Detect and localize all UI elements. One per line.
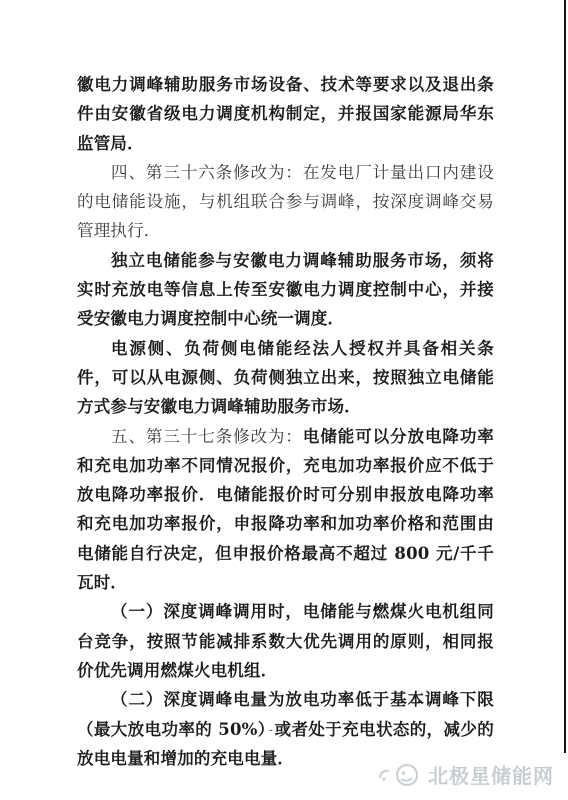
document-body: 徽电力调峰辅助服务市场设备、技术等要求以及退出条件由安徽省级电力调度机构制定，并…: [77, 70, 494, 773]
paragraph: （一）深度调峰调用时，电储能与燃煤火电机组同台竞争，按照节能减排系数大优先调用的…: [77, 597, 494, 685]
paragraph-run: 电储能可以分放电降功率和充电加功率不同情况报价，充电加功率报价应不低于放电降功率…: [77, 427, 494, 592]
paragraph-run: （一）深度调峰调用时，电储能与燃煤火电机组同台竞争，按照节能减排系数大优先调用的…: [77, 602, 494, 680]
document-page: 徽电力调峰辅助服务市场设备、技术等要求以及退出条件由安徽省级电力调度机构制定，并…: [0, 0, 568, 800]
paragraph: 四、第三十六条修改为：在发电厂计量出口内建设的电储能设施，与机组联合参与调峰，按…: [77, 158, 494, 246]
paragraph: 五、第三十七条修改为：电储能可以分放电降功率和充电加功率不同情况报价，充电加功率…: [77, 422, 494, 598]
paragraph: 徽电力调峰辅助服务市场设备、技术等要求以及退出条件由安徽省级电力调度机构制定，并…: [77, 70, 494, 158]
paragraph-run: 徽电力调峰辅助服务市场设备、技术等要求以及退出条件由安徽省级电力调度机构制定，并…: [77, 75, 494, 153]
page-number: - 2 -: [77, 723, 494, 737]
paragraph-run: 五、第三十七条修改为：: [111, 427, 303, 446]
watermark: 北极星储能网: [377, 760, 554, 789]
paragraph-run: 四、第三十六条修改为：在发电厂计量出口内建设的电储能设施，与机组联合参与调峰，按…: [77, 163, 494, 241]
paragraph-run: 电源侧、负荷侧电储能经法人授权并具备相关条件，可以从电源侧、负荷侧独立出来，按照…: [77, 339, 494, 417]
watermark-text: 北极星储能网: [428, 760, 554, 789]
paragraph-run: 独立电储能参与安徽电力调峰辅助服务市场，须将实时充放电等信息上传至安徽电力调度控…: [77, 251, 494, 329]
paragraph: 电源侧、负荷侧电储能经法人授权并具备相关条件，可以从电源侧、负荷侧独立出来，按照…: [77, 334, 494, 422]
scan-edge-line: [564, 0, 566, 753]
bjx-logo-icon: [377, 762, 423, 788]
paragraph: 独立电储能参与安徽电力调峰辅助服务市场，须将实时充放电等信息上传至安徽电力调度控…: [77, 246, 494, 334]
